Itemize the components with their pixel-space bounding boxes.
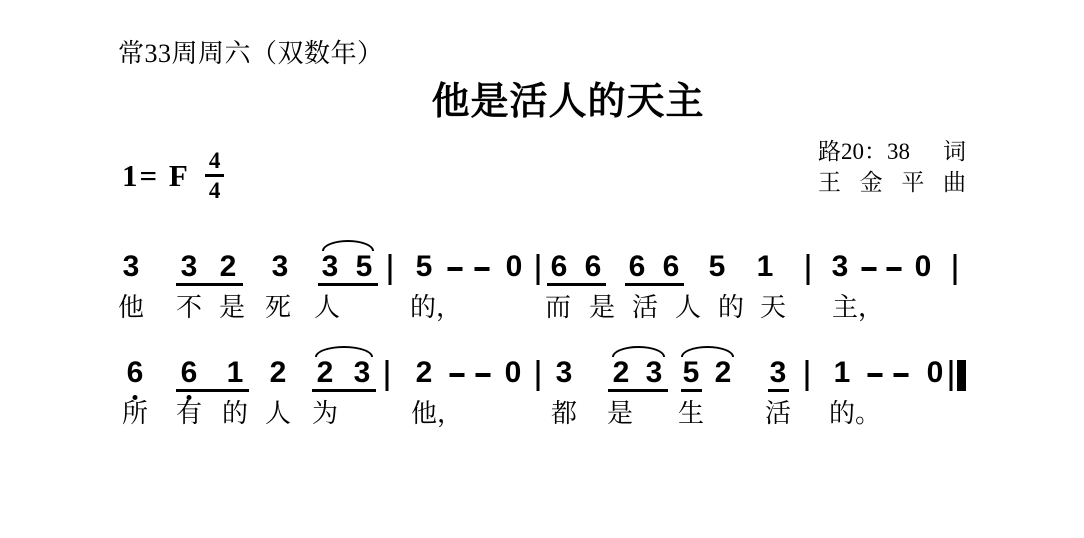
- barline: [537, 360, 540, 391]
- jianpu-note: 6: [551, 250, 568, 284]
- jianpu-note: 6: [585, 250, 602, 284]
- jianpu-note: 3: [832, 250, 849, 284]
- lyric-syllable: 他: [118, 294, 144, 322]
- jianpu-note: 0: [506, 250, 523, 284]
- jianpu-note: 5: [416, 250, 433, 284]
- jianpu-note: 6: [629, 250, 646, 284]
- jianpu-note: 2: [715, 356, 732, 390]
- lyric-syllable: 为: [312, 400, 338, 428]
- duration-dash: [868, 373, 883, 377]
- jianpu-note: 2: [317, 356, 334, 390]
- barline: [389, 254, 392, 285]
- composer-credit: 王 金 平 曲: [818, 167, 966, 198]
- lyric-syllable: 都: [551, 400, 577, 428]
- key-time-signature: 1= F 4 4: [122, 149, 224, 202]
- barline: [806, 360, 809, 391]
- time-signature: 4 4: [205, 149, 225, 202]
- jianpu-note: 0: [915, 250, 932, 284]
- lyric-syllable: 而: [545, 294, 571, 322]
- lyric-syllable: 的。: [829, 400, 881, 428]
- composer-role: 曲: [943, 167, 966, 198]
- jianpu-note: 2: [416, 356, 433, 390]
- lyric-syllable: 生: [678, 400, 704, 428]
- jianpu-note: 6: [181, 356, 198, 390]
- music-line-2: 6612232032352310所有的人为他，都是生活的。: [0, 356, 1084, 446]
- duration-dash: [475, 267, 490, 271]
- lyric-syllable: 活: [765, 400, 791, 428]
- time-signature-numerator: 4: [205, 149, 225, 177]
- jianpu-note: 2: [220, 250, 237, 284]
- lyric-syllable: 的，: [410, 294, 462, 322]
- eighth-note-underline: [547, 283, 606, 286]
- eighth-note-underline: [176, 283, 243, 286]
- jianpu-note: 3: [646, 356, 663, 390]
- lyric-syllable: 是: [219, 294, 245, 322]
- jianpu-note: 5: [709, 250, 726, 284]
- barline: [386, 360, 389, 391]
- lyric-syllable: 主，: [832, 294, 884, 322]
- composer-char: 王: [818, 167, 841, 198]
- lyric-syllable: 人: [675, 294, 701, 322]
- slur-arc: [681, 346, 734, 357]
- duration-dash: [894, 373, 909, 377]
- duration-dash: [448, 267, 463, 271]
- jianpu-note: 2: [613, 356, 630, 390]
- jianpu-note: 5: [356, 250, 373, 284]
- slur-arc: [612, 346, 665, 357]
- lyric-syllable: 他，: [411, 400, 463, 428]
- lyric-syllable: 人: [314, 294, 340, 322]
- lyric-syllable: 是: [607, 400, 633, 428]
- final-barline-thin: [950, 360, 953, 391]
- jianpu-note: 1: [227, 356, 244, 390]
- eighth-note-underline: [176, 389, 249, 392]
- barline: [954, 254, 957, 285]
- barline: [537, 254, 540, 285]
- lyric-syllable: 不: [176, 294, 202, 322]
- lyric-syllable: 活: [632, 294, 658, 322]
- lyric-syllable: 人: [265, 400, 291, 428]
- duration-dash: [476, 373, 491, 377]
- time-signature-denominator: 4: [209, 177, 221, 202]
- song-title: 他是活人的天主: [431, 70, 704, 125]
- eighth-note-underline: [608, 389, 668, 392]
- jianpu-note: 3: [181, 250, 198, 284]
- sheet-music-page: 常33周周六（双数年） 他是活人的天主 1= F 4 4 路20：38 词 王 …: [0, 0, 1084, 538]
- lyricist-source: 路20：38: [818, 136, 910, 167]
- lyric-syllable: 天: [760, 294, 786, 322]
- composer-char: 平: [901, 167, 924, 198]
- jianpu-note: 0: [927, 356, 944, 390]
- lyric-syllable: 有: [176, 400, 202, 428]
- lyric-syllable: 所: [122, 400, 148, 428]
- barline: [807, 254, 810, 285]
- credits-block: 路20：38 词 王 金 平 曲: [818, 136, 966, 198]
- composer-char: 金: [860, 167, 883, 198]
- jianpu-note: 6: [663, 250, 680, 284]
- lyricist-role: 词: [943, 136, 966, 167]
- jianpu-note: 1: [757, 250, 774, 284]
- jianpu-note: 3: [272, 250, 289, 284]
- jianpu-note: 3: [354, 356, 371, 390]
- jianpu-note: 6: [127, 356, 144, 390]
- duration-dash: [862, 267, 877, 271]
- jianpu-note: 3: [322, 250, 339, 284]
- jianpu-note: 3: [770, 356, 787, 390]
- duration-dash: [887, 267, 902, 271]
- liturgical-label: 常33周周六（双数年）: [118, 33, 384, 70]
- jianpu-note: 1: [834, 356, 851, 390]
- jianpu-note: 2: [270, 356, 287, 390]
- key-signature: 1= F: [122, 158, 190, 194]
- final-barline-thick: [957, 360, 966, 391]
- lyric-syllable: 的: [222, 400, 248, 428]
- lyric-syllable: 死: [265, 294, 291, 322]
- eighth-note-underline: [312, 389, 376, 392]
- jianpu-note: 3: [123, 250, 140, 284]
- eighth-note-underline: [681, 389, 702, 392]
- music-line-1: 3323355066665130他不是死人的，而是活人的天主，: [0, 250, 1084, 340]
- eighth-note-underline: [768, 389, 789, 392]
- jianpu-note: 0: [505, 356, 522, 390]
- slur-arc: [315, 346, 373, 357]
- slur-arc: [322, 240, 374, 251]
- lyric-syllable: 是: [589, 294, 615, 322]
- lyric-syllable: 的: [718, 294, 744, 322]
- jianpu-note: 5: [683, 356, 700, 390]
- eighth-note-underline: [625, 283, 684, 286]
- duration-dash: [450, 373, 465, 377]
- lyricist-credit: 路20：38 词: [818, 136, 966, 167]
- jianpu-note: 3: [556, 356, 573, 390]
- eighth-note-underline: [318, 283, 378, 286]
